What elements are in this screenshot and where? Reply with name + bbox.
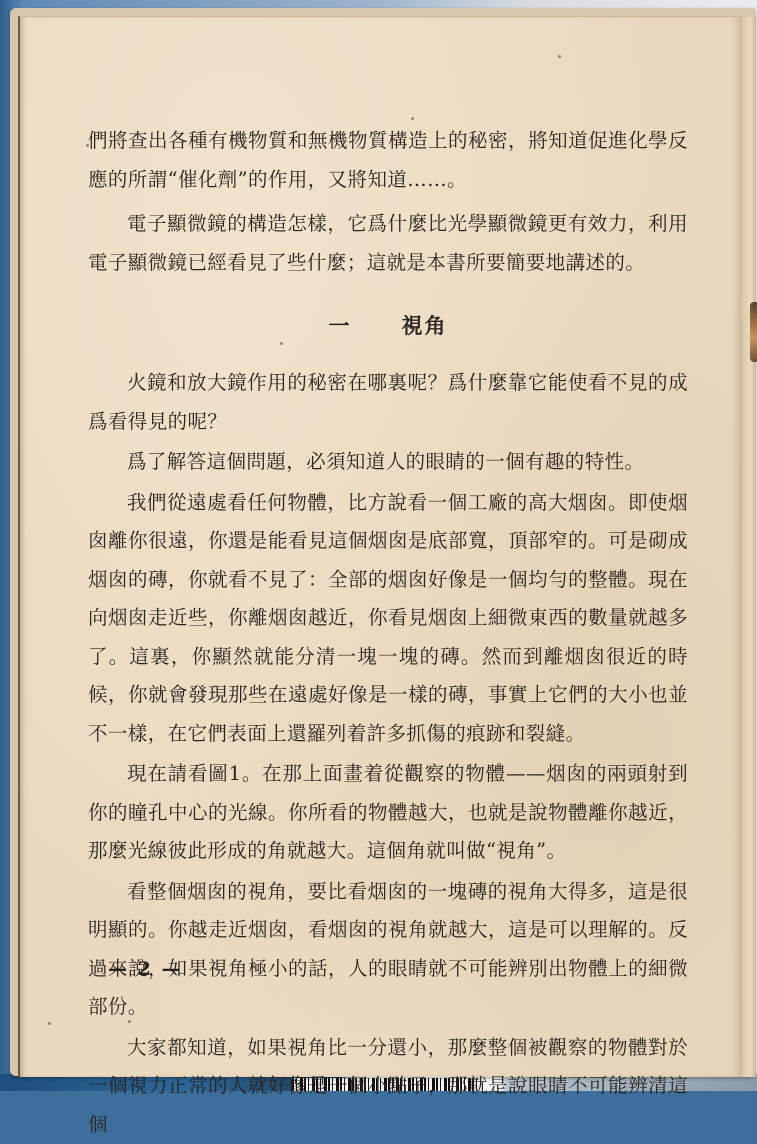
section-number: 一 [329, 306, 352, 346]
paper-speck [48, 1022, 51, 1025]
paragraph: 看整個烟囱的視角，要比看烟囱的一塊磚的視角大得多，這是很明顯的。你越走近烟囱，看… [88, 873, 688, 1027]
page-fore-edge [742, 17, 756, 1077]
page-body-text: 們將查出各種有機物質和無機物質構造上的秘密，將知道促進化學反應的所謂“催化劑”的… [88, 122, 688, 1091]
page-number: — 2 — [108, 958, 182, 980]
paragraph: 爲了解答這個問題，必須知道人的眼睛的一個有趣的特性。 [88, 443, 688, 482]
paragraph: 電子顯微鏡的構造怎樣，它爲什麼比光學顯微鏡更有效力，利用電子顯微鏡已經看見了些什… [88, 205, 688, 282]
paragraph: 我們從遠處看任何物體，比方說看一個工廠的高大烟囱。即使烟囱離你很遠，你還是能看見… [88, 484, 688, 754]
paper-speck [558, 55, 561, 58]
section-heading: 一視角 [88, 306, 688, 346]
paper-speck [411, 117, 414, 120]
page-stain [750, 302, 757, 362]
paragraph: 火鏡和放大鏡作用的秘密在哪裏呢？爲什麼靠它能使看不見的成爲看得見的呢？ [88, 364, 688, 441]
paragraph: 現在請看圖1。在那上面畫着從觀察的物體——烟囱的兩頭射到你的瞳孔中心的光線。你所… [88, 755, 688, 871]
paragraph: 們將查出各種有機物質和無機物質構造上的秘密，將知道促進化學反應的所謂“催化劑”的… [88, 122, 688, 199]
section-title: 視角 [402, 313, 448, 338]
paragraph: 大家都知道，如果視角比一分還小，那麼整個被觀察的物體對於一個視力正常的人就好像是… [88, 1029, 688, 1092]
